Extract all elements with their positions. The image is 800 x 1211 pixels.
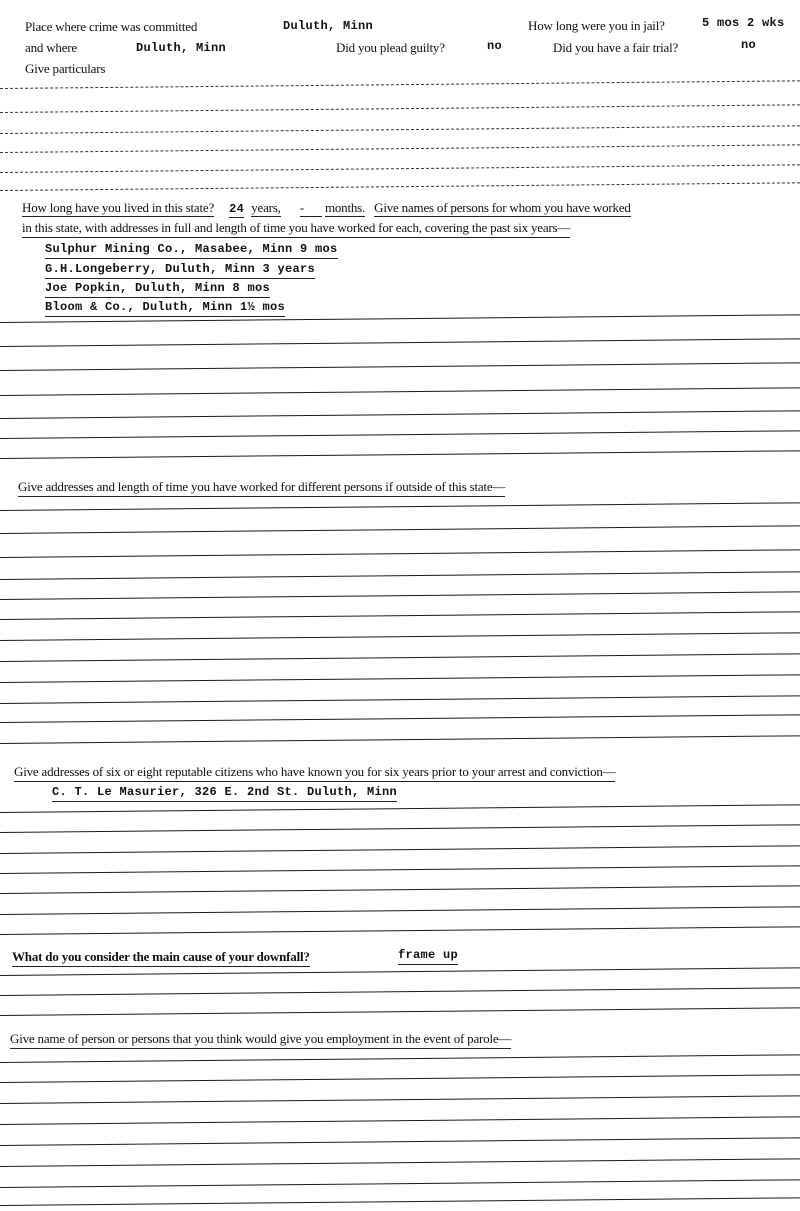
place-of-crime-value: Duluth, Minn bbox=[283, 18, 373, 34]
where-value: Duluth, Minn bbox=[136, 40, 226, 56]
ruled-line bbox=[0, 450, 800, 459]
ruled-line bbox=[0, 1007, 800, 1016]
ruled-line bbox=[0, 735, 800, 744]
outside-state-question: Give addresses and length of time you ha… bbox=[18, 479, 505, 497]
years-label: years, bbox=[251, 200, 280, 217]
months-label: months. bbox=[325, 200, 365, 217]
jail-duration-label: How long were you in jail? bbox=[528, 18, 665, 34]
ruled-line bbox=[0, 632, 800, 641]
ruled-line bbox=[0, 845, 800, 854]
ruled-line bbox=[0, 338, 800, 347]
place-of-crime-label: Place where crime was committed bbox=[25, 19, 197, 35]
ruled-line bbox=[0, 387, 800, 396]
ruled-line bbox=[0, 804, 800, 813]
ruled-line bbox=[0, 885, 800, 894]
ruled-line bbox=[0, 653, 800, 662]
downfall-question: What do you consider the main cause of y… bbox=[12, 949, 310, 967]
ruled-line bbox=[0, 502, 800, 511]
plead-guilty-value: no bbox=[487, 38, 502, 54]
where-label: and where bbox=[25, 40, 77, 56]
ruled-line bbox=[0, 125, 800, 134]
ruled-line bbox=[0, 1074, 800, 1083]
employer-entry: Joe Popkin, Duluth, Minn 8 mos bbox=[45, 280, 270, 298]
particulars-label: Give particulars bbox=[25, 61, 105, 77]
ruled-line bbox=[0, 182, 800, 191]
ruled-line bbox=[0, 967, 800, 976]
months-lived-value: - bbox=[300, 200, 322, 217]
ruled-line bbox=[0, 611, 800, 620]
ruled-line bbox=[0, 926, 800, 935]
plead-guilty-label: Did you plead guilty? bbox=[336, 40, 445, 56]
employer-entry: G.H.Longeberry, Duluth, Minn 3 years bbox=[45, 261, 315, 279]
ruled-line bbox=[0, 1095, 800, 1104]
employer-entry: Sulphur Mining Co., Masabee, Minn 9 mos bbox=[45, 241, 338, 259]
parole-employment-question: Give name of person or persons that you … bbox=[10, 1031, 511, 1049]
ruled-line bbox=[0, 144, 800, 153]
ruled-line bbox=[0, 430, 800, 439]
fair-trial-label: Did you have a fair trial? bbox=[553, 40, 678, 56]
ruled-line bbox=[0, 571, 800, 580]
ruled-line bbox=[0, 80, 800, 89]
fair-trial-value: no bbox=[741, 37, 756, 53]
parole-application-form-page: Place where crime was committed Duluth, … bbox=[0, 0, 800, 1211]
ruled-line bbox=[0, 410, 800, 419]
ruled-line bbox=[0, 987, 800, 996]
ruled-line bbox=[0, 362, 800, 371]
ruled-line bbox=[0, 164, 800, 173]
ruled-line bbox=[0, 1116, 800, 1125]
ruled-line bbox=[0, 104, 800, 113]
ruled-line bbox=[0, 906, 800, 915]
ruled-line bbox=[0, 1197, 800, 1206]
ruled-line bbox=[0, 695, 800, 704]
residence-question-prefix: How long have you lived in this state? bbox=[22, 200, 214, 217]
reference-entry: C. T. Le Masurier, 326 E. 2nd St. Duluth… bbox=[52, 784, 397, 802]
ruled-line bbox=[0, 1179, 800, 1188]
jail-duration-value: 5 mos 2 wks bbox=[702, 15, 785, 31]
employers-question-line2: in this state, with addresses in full an… bbox=[22, 220, 570, 238]
ruled-line bbox=[0, 1137, 800, 1146]
ruled-line bbox=[0, 591, 800, 600]
ruled-line bbox=[0, 714, 800, 723]
ruled-line bbox=[0, 525, 800, 534]
ruled-line bbox=[0, 549, 800, 558]
ruled-line bbox=[0, 1158, 800, 1167]
employer-entry: Bloom & Co., Duluth, Minn 1½ mos bbox=[45, 299, 285, 317]
ruled-line bbox=[0, 674, 800, 683]
ruled-line bbox=[0, 1054, 800, 1063]
residence-question-line1: How long have you lived in this state? 2… bbox=[22, 200, 631, 217]
ruled-line bbox=[0, 865, 800, 874]
employers-question-suffix: Give names of persons for whom you have … bbox=[374, 200, 631, 217]
downfall-answer: frame up bbox=[398, 947, 458, 965]
ruled-line bbox=[0, 824, 800, 833]
references-question: Give addresses of six or eight reputable… bbox=[14, 764, 615, 782]
years-lived-value: 24 bbox=[229, 202, 244, 218]
